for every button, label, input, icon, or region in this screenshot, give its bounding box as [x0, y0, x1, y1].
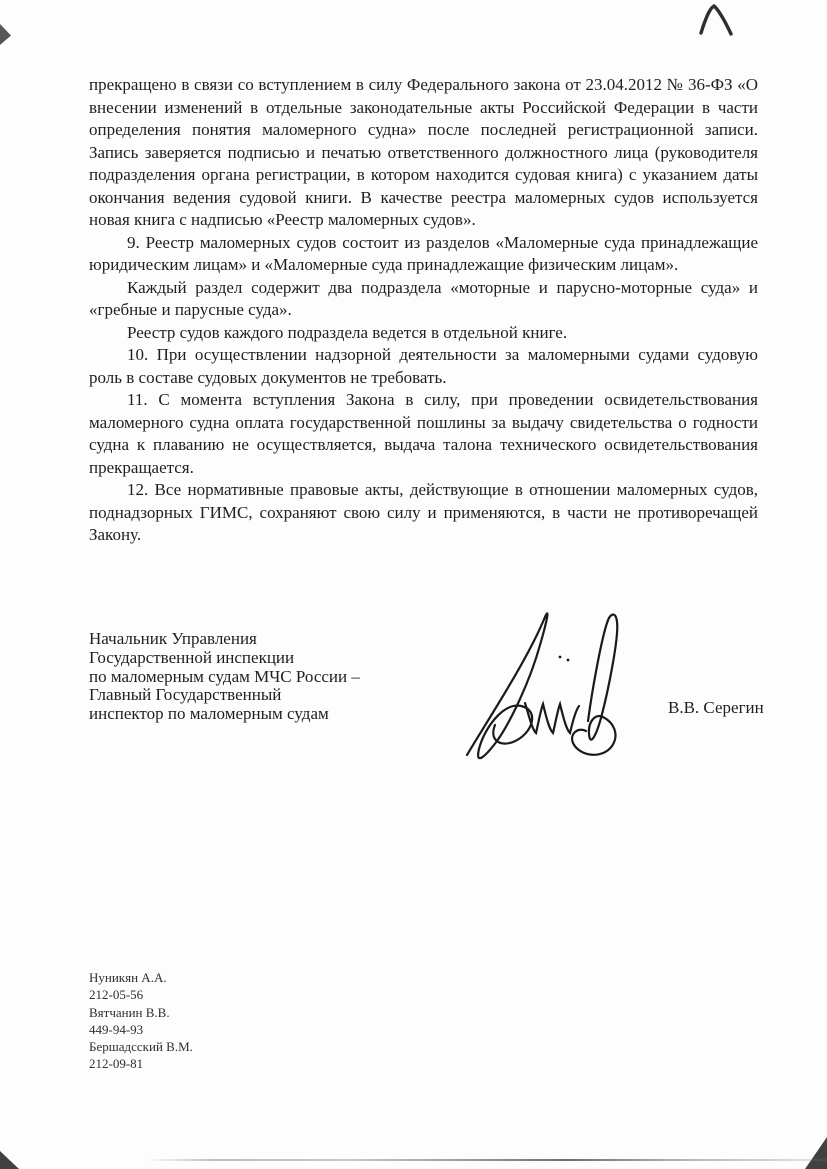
contact-name: Нуникян А.А.	[89, 969, 193, 986]
paragraph: 12. Все нормативные правовые акты, дейст…	[89, 479, 758, 547]
contacts-list: Нуникян А.А.212-05-56Вятчанин В.В.449-94…	[89, 969, 193, 1073]
scan-artifact-top-right	[698, 3, 734, 37]
paragraph: прекращено в связи со вступлением в силу…	[89, 74, 758, 232]
signer-position-line: Начальник Управления	[89, 630, 419, 649]
contact-name: Бершадсский В.М.	[89, 1038, 193, 1055]
scan-artifact-bottom-left	[0, 1151, 19, 1169]
contact-phone: 449-94-93	[89, 1021, 193, 1038]
paragraph: 10. При осуществлении надзорной деятельн…	[89, 344, 758, 389]
contact-phone: 212-05-56	[89, 986, 193, 1003]
signer-position-block: Начальник УправленияГосударственной инсп…	[89, 630, 419, 724]
document-page: прекращено в связи со вступлением в силу…	[0, 0, 827, 1169]
signer-position-line: Главный Государственный	[89, 686, 419, 705]
paragraph: Реестр судов каждого подраздела ведется …	[89, 322, 758, 345]
paragraph: 9. Реестр маломерных судов состоит из ра…	[89, 232, 758, 277]
signer-name: В.В. Серегин	[668, 698, 764, 718]
body-text: прекращено в связи со вступлением в силу…	[89, 74, 758, 547]
scan-artifact-bottom-right	[805, 1137, 827, 1169]
scan-artifact-top-left	[0, 24, 11, 45]
scan-line-bottom	[145, 1159, 827, 1161]
paragraph: 11. С момента вступления Закона в силу, …	[89, 389, 758, 479]
signer-position-line: по маломерным судам МЧС России –	[89, 668, 419, 687]
contact-phone: 212-09-81	[89, 1055, 193, 1072]
handwritten-signature-icon	[453, 603, 653, 778]
contact-name: Вятчанин В.В.	[89, 1004, 193, 1021]
paragraph: Каждый раздел содержит два подраздела «м…	[89, 277, 758, 322]
signer-position-line: Государственной инспекции	[89, 649, 419, 668]
signer-position-line: инспектор по маломерным судам	[89, 705, 419, 724]
